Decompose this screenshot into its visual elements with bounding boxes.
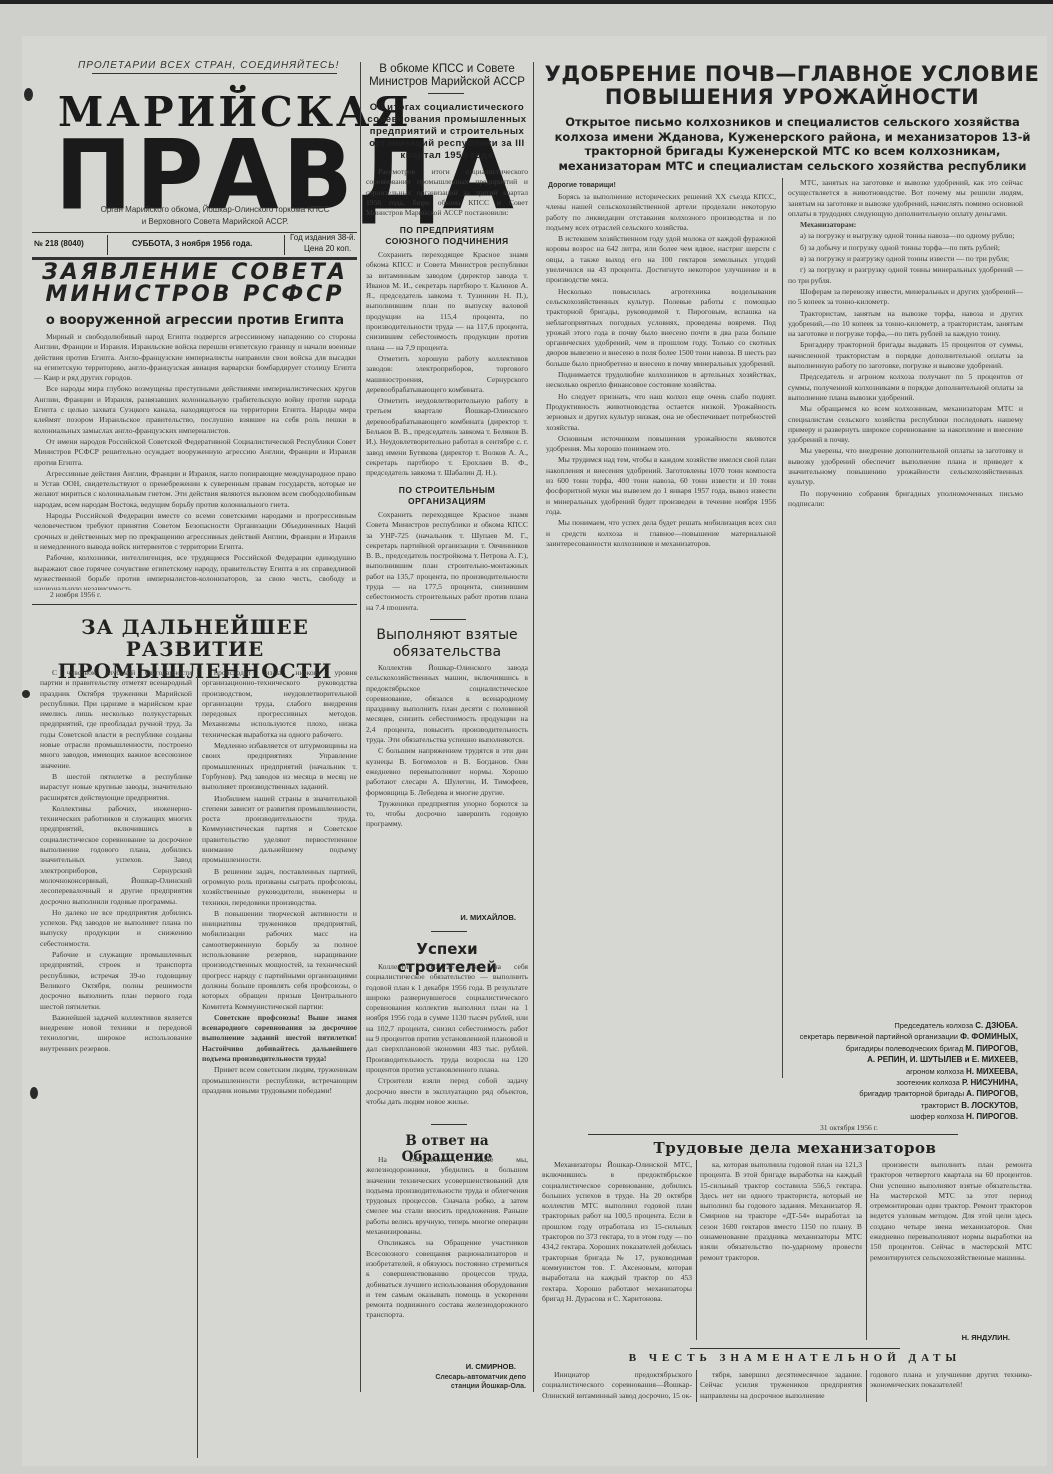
signer-role: бригадиры полеводческих бригад [846, 1044, 966, 1053]
industry-paragraph: Советские профсоюзы! Выше знамя всенарод… [202, 1013, 357, 1064]
statement-headline: ЗАЯВЛЕНИЕ СОВЕТА МИНИСТРОВ РСФСР [30, 262, 360, 306]
column-divider [866, 1370, 867, 1402]
issue-info-bar: № 218 (8040) СУББОТА, 3 ноября 1956 года… [32, 232, 357, 260]
industry-paragraph: Привет всем советским людям, труженикам … [202, 1065, 357, 1096]
obkom-intro: Рассмотрев итоги социалистического сорев… [366, 167, 528, 218]
fertilizer-paragraph: Основным источником повышения урожайност… [546, 434, 776, 455]
obkom-paragraph: Сохранить переходящее Красное знамя обко… [366, 250, 528, 353]
memorable-date-column-3: годового плана и улучшение других техник… [870, 1370, 1032, 1391]
appeal-paragraph: Откликаясь на Обращение участников Всесо… [366, 1238, 528, 1320]
mechanizers-column-1: Механизаторы Йошкар-Олинской МТС, включи… [542, 1160, 692, 1340]
statement-subtitle: о вооруженной агрессии против Египта [30, 313, 360, 328]
section-divider [690, 1348, 900, 1349]
builders-paragraph: Строители взяли перед собой задачу досро… [366, 1076, 528, 1107]
industry-paragraph: Коллективы рабочих, инженерно-технически… [40, 804, 192, 907]
short-divider [431, 931, 467, 932]
industry-title-line1: ЗА ДАЛЬНЕЙШЕЕ РАЗВИТИЕ [30, 616, 360, 660]
fertilizer-paragraph: Несколько повысилась агротехника возделы… [546, 287, 776, 369]
fertilizer-list-item: а) за погрузку и выгрузку одной тонны на… [788, 231, 1023, 241]
fertilizer-paragraph: Мы уверены, что внедрение дополнительной… [788, 446, 1023, 487]
obkom-section1-body: Сохранить переходящее Красное знамя обко… [366, 250, 528, 480]
statement-paragraph: От имени народов Российской Советской Фе… [34, 437, 356, 468]
column-divider [533, 62, 534, 1392]
industry-column-1: С чувством глубокой благодарности партии… [40, 668, 192, 1458]
signer-row: секретарь первичной партийной организаци… [790, 1031, 1018, 1042]
industry-paragraph: Рабочие и служащие промышленных предприя… [40, 950, 192, 1012]
obkom-paragraph: Сохранить переходящее Красное знамя Сове… [366, 510, 528, 610]
obligations-title-line1: Выполняют взятые [364, 627, 530, 644]
year-of-publication: Год издания 38-й. [290, 233, 356, 242]
mechanizers-column-2: ка, которая выполнила годовой план на 12… [700, 1160, 862, 1340]
mechanizers-headline: Трудовые дела механизаторов [540, 1139, 1050, 1157]
issue-number: № 218 (8040) [34, 239, 84, 248]
obligations-title-line2: обязательства [364, 644, 530, 661]
industry-paragraph: Медленно избавляется от штурмовщины на с… [202, 741, 357, 792]
signer-row: шофер колхоза Н. ПИРОГОВ. [790, 1111, 1018, 1122]
industry-paragraph: Но далеко не все предприятия добились ус… [40, 908, 192, 949]
industry-column-2: происходит из-за низкого уровня организа… [202, 668, 357, 1458]
statement-date: 2 ноября 1956 г. [50, 590, 101, 600]
signer-row: бригадиры полеводческих бригад М. ПИРОГО… [790, 1043, 1018, 1054]
section1-title-line1: ПО ПРЕДПРИЯТИЯМ [364, 225, 530, 236]
statement-paragraph: Агрессивные действия Англии, Франции и И… [34, 469, 356, 510]
builders-paragraph: Коллектив УНР-725 взял на себя социалист… [366, 962, 528, 1075]
obkom-section2-title: ПО СТРОИТЕЛЬНЫМ ОРГАНИЗАЦИЯМ [364, 485, 530, 507]
fertilizer-subtitle: Открытое письмо колхозников и специалист… [545, 115, 1040, 173]
signer-name: Ф. ФОМИНЫХ, [960, 1032, 1018, 1041]
statement-title-line2: МИНИСТРОВ РСФСР [30, 284, 360, 306]
signer-row: Председатель колхоза С. ДЗЮБА. [790, 1020, 1018, 1031]
masthead-motto: ПРОЛЕТАРИИ ВСЕХ СТРАН, СОЕДИНЯЙТЕСЬ! [78, 60, 339, 71]
column-divider [360, 62, 361, 1392]
fertilizer-paragraph: Мы понимаем, что успех дела будет решать… [546, 518, 776, 549]
masthead-organ-text: Орган Марийского обкома, Йошкар-Олинског… [80, 204, 350, 228]
signer-role: агроном колхоза [906, 1067, 966, 1076]
statement-paragraph: Народы Российской Федерации вместе со вс… [34, 511, 356, 552]
signer-row: А. РЕПИН, И. ШУТЫЛЕВ и Е. МИХЕЕВ, [790, 1054, 1018, 1065]
appeal-signature: И. СМИРНОВ. [366, 1362, 516, 1371]
organ-line1: Орган Марийского обкома, Йошкар-Олинског… [80, 204, 350, 216]
industry-paragraph: С чувством глубокой благодарности партии… [40, 668, 192, 771]
obligations-paragraph: Труженики предприятия упорно борются за … [366, 799, 528, 830]
fertilizer-paragraph: Бригадиру тракторной бригады выдавать 15… [788, 340, 1023, 371]
signer-name: М. ПИРОГОВ, [965, 1044, 1018, 1053]
fertilizer-paragraph: В истекшем хозяйственном году удой молок… [546, 234, 776, 285]
role-line2: станции Йошкар-Ола. [366, 1382, 526, 1391]
signer-role: секретарь первичной партийной организаци… [800, 1032, 960, 1041]
signer-role: Председатель колхоза [894, 1021, 975, 1030]
memorable-date-headline: В ЧЕСТЬ ЗНАМЕНАТЕЛЬНОЙ ДАТЫ [540, 1352, 1050, 1364]
signer-name: В. ЛОСКУТОВ, [961, 1101, 1018, 1110]
column-divider [696, 1160, 697, 1340]
fertilizer-list-item: б) за добычу и погрузку одной тонны торф… [788, 243, 1023, 253]
memorable-date-column-2: тября, завершил десятимесячное задание. … [700, 1370, 862, 1401]
obligations-paragraph: Коллектив Йошкар-Олинского завода сельск… [366, 663, 528, 745]
scan-top-edge [0, 0, 1053, 4]
signer-row: бригадир тракторной бригады А. ПИРОГОВ, [790, 1088, 1018, 1099]
obligations-signature: И. МИХАЙЛОВ. [366, 913, 516, 922]
fertilizer-paragraph: По поручению собрания бригадных уполномо… [788, 489, 1023, 510]
fertilizer-paragraph: Мы обращаемся ко всем колхозникам, механ… [788, 404, 1023, 445]
signer-role: тракторист [921, 1101, 961, 1110]
memorable-date-column-1: Инициатор предоктябрьского социалистичес… [542, 1370, 692, 1401]
fertilizer-column-2: МТС, занятых на заготовке и вывозке удоб… [788, 178, 1023, 1018]
fertilizer-paragraph: Председатель и агроном колхоза получают … [788, 372, 1023, 403]
fertilizer-headline: УДОБРЕНИЕ ПОЧВ—ГЛАВНОЕ УСЛОВИЕ ПОВЫШЕНИЯ… [537, 63, 1047, 109]
punch-hole-mark [24, 88, 33, 101]
section1-title-line2: СОЮЗНОГО ПОДЧИНЕНИЯ [364, 236, 530, 247]
obkom-title: Об итогах социалистического соревнования… [364, 102, 530, 162]
fertilizer-greeting: Дорогие товарищи! [548, 182, 616, 189]
column-divider [782, 178, 783, 1078]
short-divider [430, 619, 466, 620]
issue-divider [107, 235, 108, 255]
signer-row: агроном колхоза Н. МИХЕЕВА, [790, 1066, 1018, 1077]
obkom-section1-title: ПО ПРЕДПРИЯТИЯМ СОЮЗНОГО ПОДЧИНЕНИЯ [364, 225, 530, 247]
signer-name: Н. ПИРОГОВ. [966, 1112, 1018, 1121]
signer-name: Н. МИХЕЕВА, [966, 1067, 1018, 1076]
signer-role: шофер колхоза [910, 1112, 966, 1121]
signer-name: А. ПИРОГОВ, [966, 1089, 1018, 1098]
signer-row: тракторист В. ЛОСКУТОВ, [790, 1100, 1018, 1111]
builders-body: Коллектив УНР-725 взял на себя социалист… [366, 962, 528, 1117]
fertilizer-paragraph: Поднимается трудолюбие колхозников в арт… [546, 370, 776, 391]
industry-paragraph: В повышении творческой активности и иниц… [202, 909, 357, 1012]
signer-name: Р. НИСУНИНА, [962, 1078, 1018, 1087]
issue-divider [284, 235, 285, 255]
obkom-kicker-line1: В обкоме КПСС и Совете [364, 63, 530, 76]
fertilizer-list-item: г) за погрузку и разгрузку одной тонны м… [788, 265, 1023, 286]
fertilizer-column-1: Борясь за выполнение исторических решени… [546, 192, 776, 1080]
fertilizer-title-line1: УДОБРЕНИЕ ПОЧВ—ГЛАВНОЕ УСЛОВИЕ [537, 63, 1047, 86]
statement-paragraph: Все народы мира глубоко возмущены престу… [34, 384, 356, 435]
column-divider [696, 1370, 697, 1402]
signer-role: бригадир тракторной бригады [859, 1089, 966, 1098]
signer-name: С. ДЗЮБА. [975, 1021, 1018, 1030]
fertilizer-paragraph: Но следует признать, что наш колхоз еще … [546, 392, 776, 433]
fertilizer-paragraph: Трактористам, занятым на вывозке торфа, … [788, 309, 1023, 340]
industry-paragraph: происходит из-за низкого уровня организа… [202, 668, 357, 740]
signer-row: зоотехник колхоза Р. НИСУНИНА, [790, 1077, 1018, 1088]
appeal-paragraph: На собственном опыте мы, железнодорожник… [366, 1155, 528, 1237]
fertilizer-paragraph: Мы трудимся над тем, чтобы в каждом хозя… [546, 455, 776, 517]
signer-name: А. РЕПИН, И. ШУТЫЛЕВ и Е. МИХЕЕВ, [867, 1055, 1018, 1064]
section-divider [588, 1134, 958, 1135]
appeal-body: На собственном опыте мы, железнодорожник… [366, 1155, 528, 1355]
obligations-headline: Выполняют взятые обязательства [364, 627, 530, 661]
obkom-kicker: В обкоме КПСС и Совете Министров Марийск… [364, 63, 530, 89]
column-divider [866, 1160, 867, 1340]
fertilizer-paragraph: МТС, занятых на заготовке и вывозке удоб… [788, 178, 1023, 219]
issue-price: Цена 20 коп. [304, 244, 351, 253]
punch-hole-mark [22, 690, 30, 698]
signer-role: зоотехник колхоза [896, 1078, 962, 1087]
statement-title-line1: ЗАЯВЛЕНИЕ СОВЕТА [30, 262, 360, 284]
fertilizer-list-item: в) за погрузку и разгрузку одной тонны и… [788, 254, 1023, 264]
short-divider [431, 1124, 467, 1125]
obligations-body: Коллектив Йошкар-Олинского завода сельск… [366, 663, 528, 893]
appeal-signature-role: Слесарь-автоматчик депо станции Йошкар-О… [366, 1373, 526, 1391]
punch-hole-mark [30, 1087, 38, 1099]
obkom-section2-body: Сохранить переходящее Красное знамя Сове… [366, 510, 528, 610]
obkom-paragraph: Отметить хорошую работу коллективов заво… [366, 354, 528, 395]
section2-title-line1: ПО СТРОИТЕЛЬНЫМ [364, 485, 530, 496]
section-divider [32, 604, 357, 605]
statement-paragraph: Мирный и свободолюбивый народ Египта под… [34, 332, 356, 383]
industry-paragraph: Важнейшей задачей коллективов является в… [40, 1013, 192, 1054]
mechanizers-column-3: произвести выполнить план ремонта тракто… [870, 1160, 1032, 1328]
fertilizer-paragraph: Борясь за выполнение исторических решени… [546, 192, 776, 233]
fertilizer-label: Механизаторам: [788, 220, 1023, 230]
obkom-paragraph: Отметить неудовлетворительную работу в т… [366, 396, 528, 478]
column-divider [197, 668, 198, 1458]
fertilizer-date: 31 октября 1956 г. [820, 1123, 878, 1133]
fertilizer-paragraph: Шоферам за перевозку извести, минеральны… [788, 287, 1023, 308]
short-divider [428, 93, 464, 94]
organ-line2: и Верховного Совета Марийской АССР. [80, 216, 350, 228]
obkom-kicker-line2: Министров Марийской АССР [364, 76, 530, 89]
fertilizer-title-line2: ПОВЫШЕНИЯ УРОЖАЙНОСТИ [537, 86, 1047, 109]
section2-title-line2: ОРГАНИЗАЦИЯМ [364, 496, 530, 507]
fertilizer-signers: Председатель колхоза С. ДЗЮБА.секретарь … [790, 1020, 1018, 1123]
statement-paragraph: Рабочие, колхозники, интеллигенция, все … [34, 553, 356, 590]
industry-paragraph: В решении задач, поставленных партией, о… [202, 867, 357, 908]
issue-date: СУББОТА, 3 ноября 1956 года. [132, 239, 252, 248]
industry-paragraph: В шестой пятилетке в республике вырастут… [40, 772, 192, 803]
mechanizers-signature: Н. ЯНДУЛИН. [870, 1333, 1010, 1342]
motto-underline [92, 73, 337, 74]
statement-body: Мирный и свободолюбивый народ Египта под… [34, 332, 356, 590]
industry-paragraph: Изобилием нашей страны в значительной ст… [202, 794, 357, 866]
role-line1: Слесарь-автоматчик депо [366, 1373, 526, 1382]
obligations-paragraph: С большим напряжением трудятся в эти дни… [366, 746, 528, 797]
